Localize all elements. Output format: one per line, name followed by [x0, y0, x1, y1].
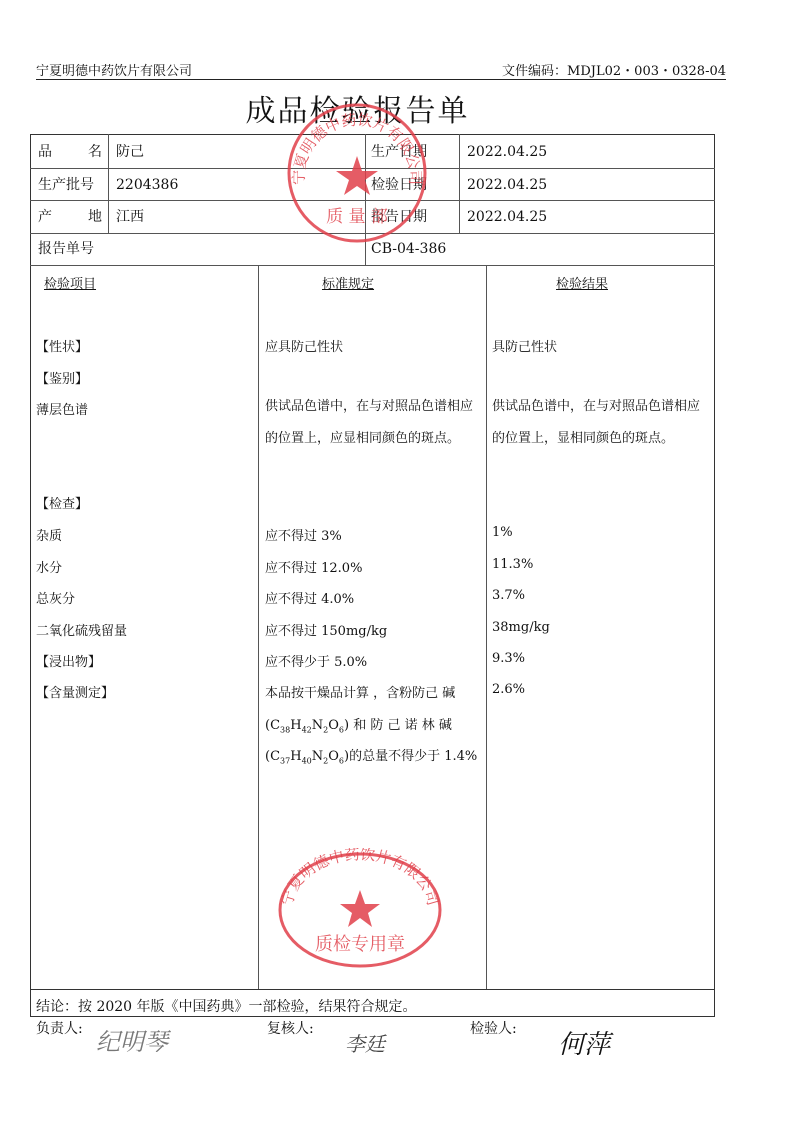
batch-value: 2204386 [116, 177, 178, 193]
item-cell: 总灰分 [36, 588, 75, 607]
item-cell: 【含量测定】 [36, 682, 114, 701]
report-table [30, 134, 715, 1017]
test-date-value: 2022.04.25 [467, 177, 547, 193]
result-cell: 1% [492, 525, 513, 540]
item-cell: 【鉴别】 [36, 368, 88, 387]
standard-cell: 应不得少于 5.0% [265, 651, 367, 670]
result-cell: 9.3% [492, 651, 525, 666]
col-divider [258, 265, 259, 989]
inspector-label: 检验人: [470, 1018, 517, 1038]
standard-cell: 应不得过 4.0% [265, 588, 354, 607]
assay-standard-line3: (C37H40N2O6)的总量不得少于 1.4% [265, 745, 477, 766]
result-cell: 2.6% [492, 682, 525, 697]
inspector-signature: 何萍 [558, 1024, 610, 1061]
reviewer-signature: 李廷 [345, 1028, 385, 1057]
document-code-value: MDJL02・003・0328-04 [567, 64, 726, 79]
row-divider [30, 233, 715, 234]
assay-standard-line2: (C38H42N2O6) 和 防 己 诺 林 碱 [265, 714, 452, 735]
standard-cell: 应不得过 3% [265, 525, 342, 544]
item-cell: 水分 [36, 557, 62, 576]
row-divider [30, 265, 715, 266]
batch-label: 生产批号 [38, 177, 94, 193]
standard-cell: 应不得过 12.0% [265, 557, 362, 576]
result-cell: 供试品色谱中，在与对照品色谱相应的位置上，显相同颜色的斑点。 [492, 391, 710, 455]
row-divider [30, 200, 715, 201]
conclusion: 结论：按 2020 年版《中国药典》一部检验，结果符合规定。 [36, 996, 417, 1016]
col-divider [486, 265, 487, 989]
company-name: 宁夏明德中药饮片有限公司 [36, 60, 192, 79]
document-code: 文件编码：MDJL02・003・0328-04 [502, 60, 726, 79]
column-header-standard: 标准规定 [322, 273, 374, 292]
col-divider [365, 134, 366, 265]
standard-cell: 供试品色谱中，在与对照品色谱相应的位置上，应显相同颜色的斑点。 [265, 391, 483, 455]
responsible-signature: 纪明琴 [96, 1022, 168, 1057]
item-cell: 【浸出物】 [36, 651, 101, 670]
origin-value: 江西 [116, 209, 144, 225]
standard-cell: 应具防己性状 [265, 336, 343, 355]
item-cell: 【检查】 [36, 493, 88, 512]
item-cell: 【性状】 [36, 336, 88, 355]
prod-date-value: 2022.04.25 [467, 144, 547, 160]
result-cell: 38mg/kg [492, 620, 550, 635]
standard-cell: 应不得过 150mg/kg [265, 620, 387, 639]
col-divider [459, 134, 460, 233]
test-date-label: 检验日期 [371, 177, 427, 193]
result-cell: 3.7% [492, 588, 525, 603]
report-date-label: 报告日期 [371, 209, 427, 225]
column-header-result: 检验结果 [556, 273, 608, 292]
page-title: 成品检验报告单 [0, 86, 715, 130]
column-header-item: 检验项目 [44, 273, 96, 292]
reviewer-label: 复核人: [267, 1018, 314, 1038]
item-cell: 二氧化硫残留量 [36, 620, 127, 639]
report-no-label: 报告单号 [38, 241, 94, 257]
report-date-value: 2022.04.25 [467, 209, 547, 225]
header-divider [36, 79, 726, 80]
responsible-label: 负责人: [36, 1018, 83, 1038]
product-name-value: 防己 [116, 144, 144, 160]
row-divider [30, 168, 715, 169]
origin-label: 产地 [38, 209, 102, 225]
row-divider [30, 989, 715, 990]
item-cell: 薄层色谱 [36, 399, 88, 418]
col-divider [108, 134, 109, 233]
document-code-label: 文件编码： [502, 64, 567, 79]
item-cell: 杂质 [36, 525, 62, 544]
product-name-label: 品名 [38, 144, 102, 160]
result-cell: 具防己性状 [492, 336, 557, 355]
report-no-value: CB-04-386 [371, 241, 446, 257]
result-cell: 11.3% [492, 557, 533, 572]
prod-date-label: 生产日期 [371, 144, 427, 160]
assay-standard-line1: 本品按干燥品计算 ，含粉防己 碱 [265, 682, 455, 701]
